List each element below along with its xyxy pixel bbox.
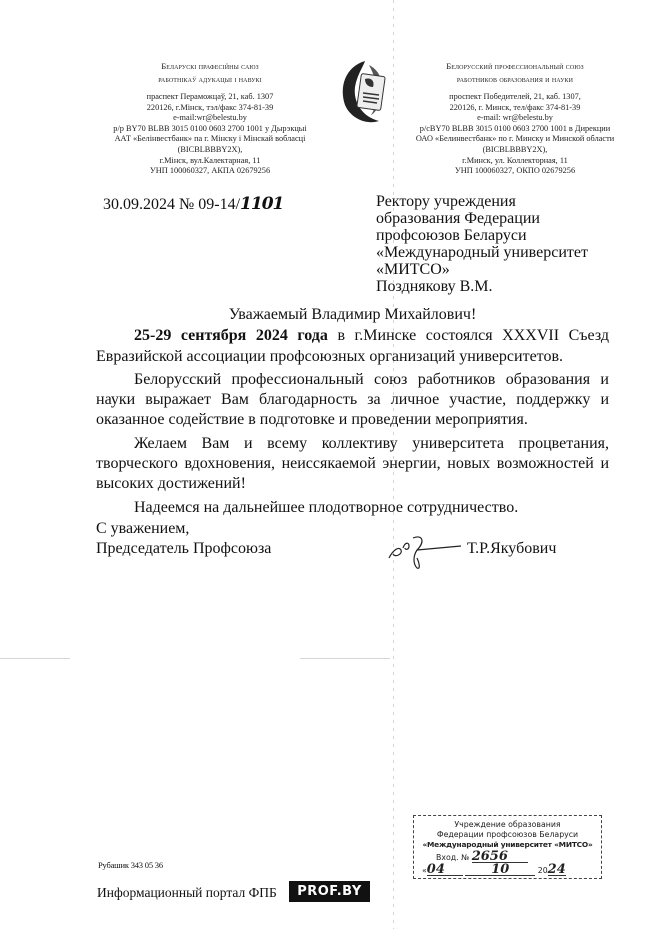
regards-text: С уважением,: [96, 519, 271, 539]
paragraph-congress: 25-29 сентября 2024 года в г.Минске сост…: [96, 326, 609, 367]
paragraph-cooperation: Надеемся на дальнейшее плодотворное сотр…: [96, 498, 609, 518]
signer-name: Т.Р.Якубович: [467, 540, 556, 558]
signer-position: Председатель Профсоюза: [96, 539, 271, 559]
addressee-block: Ректору учреждения образования Федерации…: [376, 193, 588, 295]
stamp-line: Федерации профсоюзов Беларуси: [414, 830, 601, 840]
requisite-line: ОАО «Белинвестбанк» по г. Минску и Минск…: [405, 134, 625, 145]
requisite-line: (BICBLBBBY2X),: [110, 145, 310, 156]
requisite-line: ААТ «Белінвестбанк» па г. Мінску і Мінск…: [110, 134, 310, 145]
addressee-line: Ректору учреждения: [376, 193, 588, 210]
letterhead-russian: Белорусский профессиональный союз работн…: [405, 60, 625, 177]
incoming-day: 04: [427, 865, 463, 876]
portal-caption: Информационный портал ФПБ: [97, 885, 277, 901]
letterhead-belarusian: Беларускі прафесійны саюз работнікаў аду…: [110, 60, 310, 177]
requisite-line: УНП 100060327, АКПА 02679256: [110, 166, 310, 177]
incoming-label: Вход. №: [436, 853, 469, 862]
incoming-registration-stamp: Учреждение образования Федерации профсою…: [413, 815, 602, 879]
incoming-date-row: «04 10 2024: [414, 865, 601, 876]
reference-date-number: 30.09.2024 № 09-14/: [103, 196, 240, 213]
handwritten-signature-icon: [383, 528, 463, 573]
addressee-line: «Международный университет: [376, 244, 588, 261]
prof-by-badge: PROF.BY: [289, 881, 370, 902]
addressee-line: образования Федерации: [376, 210, 588, 227]
scan-artifact-line: [0, 658, 70, 659]
requisite-line: 220126, г.Мінск, тэл/факс 374-81-39: [110, 103, 310, 114]
incoming-month: 10: [465, 865, 535, 876]
requisite-line: г.Мінск, вул.Калектарная, 11: [110, 156, 310, 167]
requisite-line: e-mail: wr@belestu.by: [405, 113, 625, 124]
org-name-line: работнікаў адукацыі і навукі: [110, 73, 310, 86]
paragraph-wishes: Желаем Вам и всему коллективу университе…: [96, 434, 609, 495]
addressee-line: «МИТСО»: [376, 261, 588, 278]
requisite-line: УНП 100060327, ОКПО 02679256: [405, 166, 625, 177]
outgoing-reference: 30.09.2024 № 09-14/1101: [103, 194, 283, 214]
org-name-line: Белорусский профессиональный союз: [405, 60, 625, 73]
event-dates: 25-29 сентября 2024 года: [134, 327, 328, 344]
requisite-line: e-mail:wr@belestu.by: [110, 113, 310, 124]
handwritten-reference-number: 1101: [240, 194, 283, 214]
paragraph-gratitude: Белорусский профессиональный союз работн…: [96, 370, 609, 431]
requisite-line: праспект Пераможцаў, 21, каб. 1307: [110, 92, 310, 103]
requisite-line: р/сBY70 BLBB 3015 0100 0603 2700 1001 в …: [405, 124, 625, 135]
requisite-line: г.Минск, ул. Коллекторная, 11: [405, 156, 625, 167]
org-name-be: Беларускі прафесійны саюз работнікаў аду…: [110, 60, 310, 86]
requisite-line: 220126, г. Минск, тел/факс 374-81-39: [405, 103, 625, 114]
org-name-line: Беларускі прафесійны саюз: [110, 60, 310, 73]
closing-block: С уважением, Председатель Профсоюза: [96, 519, 271, 559]
letter-body: Уважаемый Владимир Михайлович! 25-29 сен…: [96, 305, 609, 521]
requisite-line: проспект Победителей, 21, каб. 1307,: [405, 92, 625, 103]
requisite-line: р/р BY70 BLBB 3015 0100 0603 2700 1001 у…: [110, 124, 310, 135]
requisite-line: (BICBLBBBY2X),: [405, 145, 625, 156]
incoming-year: 24: [548, 865, 566, 876]
org-name-line: работников образования и науки: [405, 73, 625, 86]
executor-contact: Рубашик 343 05 36: [98, 860, 163, 870]
scan-artifact-line: [300, 658, 390, 659]
greeting: Уважаемый Владимир Михайлович!: [96, 305, 609, 325]
stamp-line: Учреждение образования: [414, 820, 601, 830]
union-emblem-icon: [335, 57, 397, 127]
addressee-line: Позднякову В.М.: [376, 278, 588, 295]
year-prefix: 20: [538, 866, 548, 875]
addressee-line: профсоюзов Беларуси: [376, 227, 588, 244]
org-name-ru: Белорусский профессиональный союз работн…: [405, 60, 625, 86]
